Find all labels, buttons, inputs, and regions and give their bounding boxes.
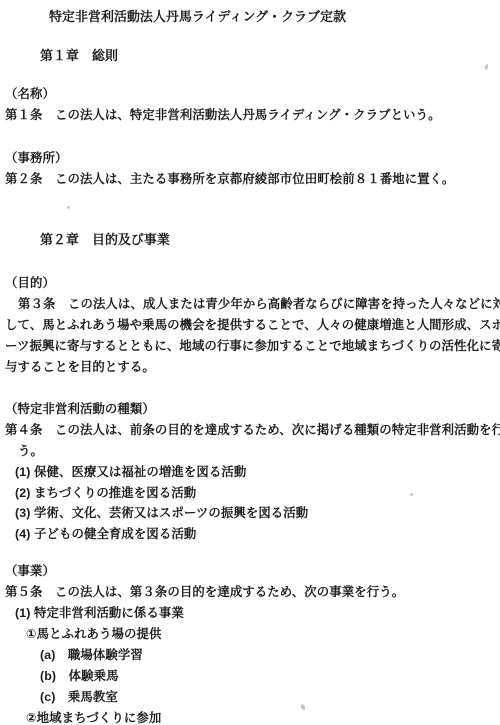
article-3-text-line-1: 第３条 この法人は、成人または青少年から高齢者ならびに障害を持った人々などに対 [0,294,500,315]
scan-artifact [67,206,70,209]
article-4-item-3: (3) 学術、文化、芸術又はスポーツの振興を図る活動 [0,503,500,524]
article-3-text-line-4: 与することを目的とする。 [0,357,500,378]
article-4-text-line-1: 第４条 この法人は、前条の目的を達成するため、次に掲げる種類の特定非営利活動を行 [0,420,500,441]
chapter-1-heading: 第１章 総則 [0,46,500,67]
article-3-text-line-3: ーツ振興に寄与するとともに、地域の行事に参加することで地域まちづくりの活性化に寄 [0,336,500,357]
article-4-item-4: (4) 子どもの健全育成を図る活動 [0,524,500,545]
document-title: 特定非営利活動法人丹馬ライディング・クラブ定款 [0,7,500,28]
scan-artifact [410,493,413,496]
article-4-text-line-2: う。 [0,441,500,462]
article-5-subsubitem-c: (c) 乗馬教室 [0,687,500,708]
article-5-item-1: (1) 特定非営利活動に係る事業 [0,603,500,624]
article-5-subsubitem-a: (a) 職場体験学習 [0,645,500,666]
document-page: 特定非営利活動法人丹馬ライディング・クラブ定款 第１章 総則 （名称） 第１条 … [0,0,500,725]
article-1-text: 第１条 この法人は、特定非営利活動法人丹馬ライディング・クラブという。 [0,105,500,126]
article-5-subitem-2: ②地域まちづくりに参加 [0,708,500,725]
article-5-text: 第５条 この法人は、第３条の目的を達成するため、次の事業を行う。 [0,582,500,603]
article-2-text: 第２条 この法人は、主たる事務所を京都府綾部市位田町桧前８１番地に置く。 [0,169,500,190]
article-2-caption: （事務所） [0,148,500,169]
article-5-subitem-1: ①馬とふれあう場の提供 [0,624,500,645]
article-5-caption: （事業） [0,561,500,582]
article-3-text-line-2: して、馬とふれあう場や乗馬の機会を提供することで、人々の健康増進と人間形成、スポ [0,315,500,336]
article-3-caption: （目的） [0,273,500,294]
article-4-item-2: (2) まちづくりの推進を図る活動 [0,483,500,504]
chapter-2-heading: 第２章 目的及び事業 [0,230,500,251]
article-1-caption: （名称） [0,84,500,105]
article-4-caption: （特定非営利活動の種類） [0,399,500,420]
article-4-item-1: (1) 保健、医療又は福祉の増進を図る活動 [0,462,500,483]
article-5-subsubitem-b: (b) 体験乗馬 [0,666,500,687]
